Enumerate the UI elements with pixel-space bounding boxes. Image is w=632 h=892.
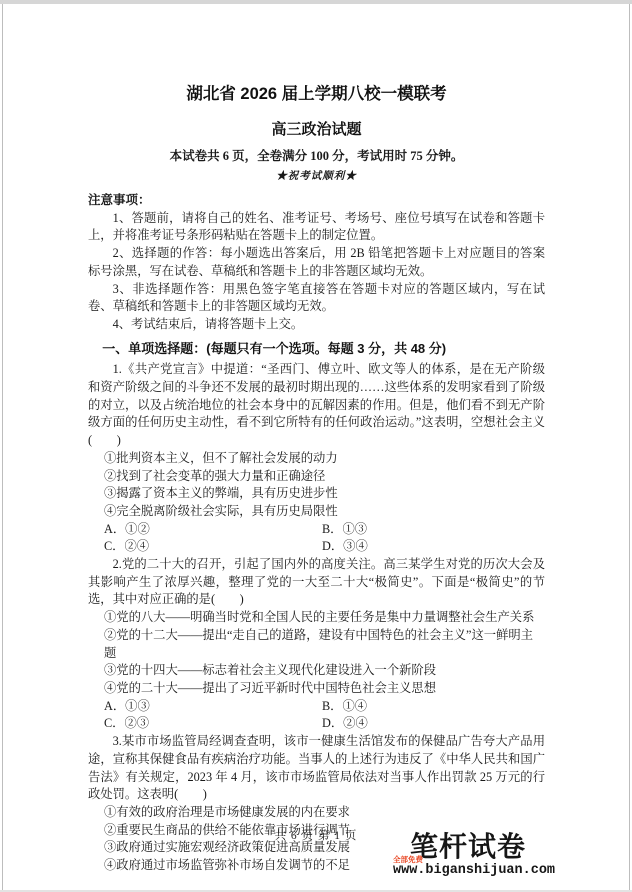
exam-page: 湖北省 2026 届上学期八校一模联考 高三政治试题 本试卷共 6 页，全卷满分… xyxy=(88,0,545,875)
option-b: B．①④ xyxy=(322,698,545,716)
statement-item: ①党的八大——明确当时党和全国人民的主要任务是集中力量调整社会生产关系 xyxy=(88,609,545,627)
exam-meta-line: 本试卷共 6 页，全卷满分 100 分，考试用时 75 分钟。 xyxy=(88,149,545,164)
question-block-1: 1.《共产党宣言》中提道：“圣西门、傅立叶、欧文等人的体系，是在无产阶级和资产阶… xyxy=(88,361,545,556)
notice-item-2: 2、选择题的作答：每小题选出答案后，用 2B 铅笔把答题卡上对应题目的答案标号涂… xyxy=(88,245,545,280)
exam-subject-title: 高三政治试题 xyxy=(88,121,545,139)
statement-item: ③揭露了资本主义的弊端，具有历史进步性 xyxy=(88,485,545,503)
question-stem: 1.《共产党宣言》中提道：“圣西门、傅立叶、欧文等人的体系，是在无产阶级和资产阶… xyxy=(88,361,545,450)
statement-item: ②找到了社会变革的强大力量和正确途径 xyxy=(88,468,545,486)
notice-item-3: 3、非选择题作答：用黑色签字笔直接答在答题卡对应的答题区域内，写在试卷、草稿纸和… xyxy=(88,281,545,316)
option-d: D．②④ xyxy=(322,715,545,733)
option-c: C．②③ xyxy=(104,715,322,733)
page-right-border xyxy=(629,4,630,892)
option-a: A．①② xyxy=(104,521,322,539)
statement-item: ②党的十二大——提出“走自己的道路，建设有中国特色的社会主义”这一鲜明主题 xyxy=(88,627,545,662)
notice-heading: 注意事项： xyxy=(88,192,545,210)
statement-item: ③党的十四大——标志着社会主义现代化建设进入一个新阶段 xyxy=(88,662,545,680)
notice-item-4: 4、考试结束后，请将答题卡上交。 xyxy=(88,316,545,334)
option-a: A．①③ xyxy=(104,698,322,716)
exam-title: 湖北省 2026 届上学期八校一模联考 xyxy=(88,84,545,104)
question-block-2: 2.党的二十大的召开，引起了国内外的高度关注。高三某学生对党的历次大会及其影响产… xyxy=(88,556,545,733)
statement-item: ④完全脱离阶级社会实际，具有历史局限性 xyxy=(88,503,545,521)
question-stem: 3.某市市场监管局经调查查明，该市一健康生活馆发布的保健品广告夸大产品用途，宣称… xyxy=(88,733,545,804)
option-b: B．①③ xyxy=(322,521,545,539)
watermark-free-badge: 全部免费 xyxy=(393,856,423,864)
page-left-border xyxy=(2,4,3,892)
statement-item: ①批判资本主义，但不了解社会发展的动力 xyxy=(88,450,545,468)
exam-wish-line: ★祝考试顺利★ xyxy=(88,170,545,183)
statement-item: ①有效的政府治理是市场健康发展的内在要求 xyxy=(88,804,545,822)
option-c: C．②④ xyxy=(104,538,322,556)
watermark-brand: 笔杆试卷 xyxy=(410,831,568,862)
watermark-url: www.biganshijuan.com xyxy=(393,863,568,878)
option-d: D．③④ xyxy=(322,538,545,556)
notice-item-1: 1、答题前，请将自己的姓名、准考证号、考场号、座位号填写在试卷和答题卡上，并将准… xyxy=(88,210,545,245)
site-watermark: 全部免费 笔杆试卷 www.biganshijuan.com xyxy=(393,831,568,878)
statement-item: ④党的二十大——提出了习近平新时代中国特色社会主义思想 xyxy=(88,680,545,698)
options-grid: A．①③ B．①④ C．②③ D．②④ xyxy=(88,698,545,733)
options-grid: A．①② B．①③ C．②④ D．③④ xyxy=(88,521,545,556)
section-heading-multiple-choice: 一、单项选择题：(每题只有一个选项。每题 3 分，共 48 分) xyxy=(88,340,545,358)
question-stem: 2.党的二十大的召开，引起了国内外的高度关注。高三某学生对党的历次大会及其影响产… xyxy=(88,556,545,609)
